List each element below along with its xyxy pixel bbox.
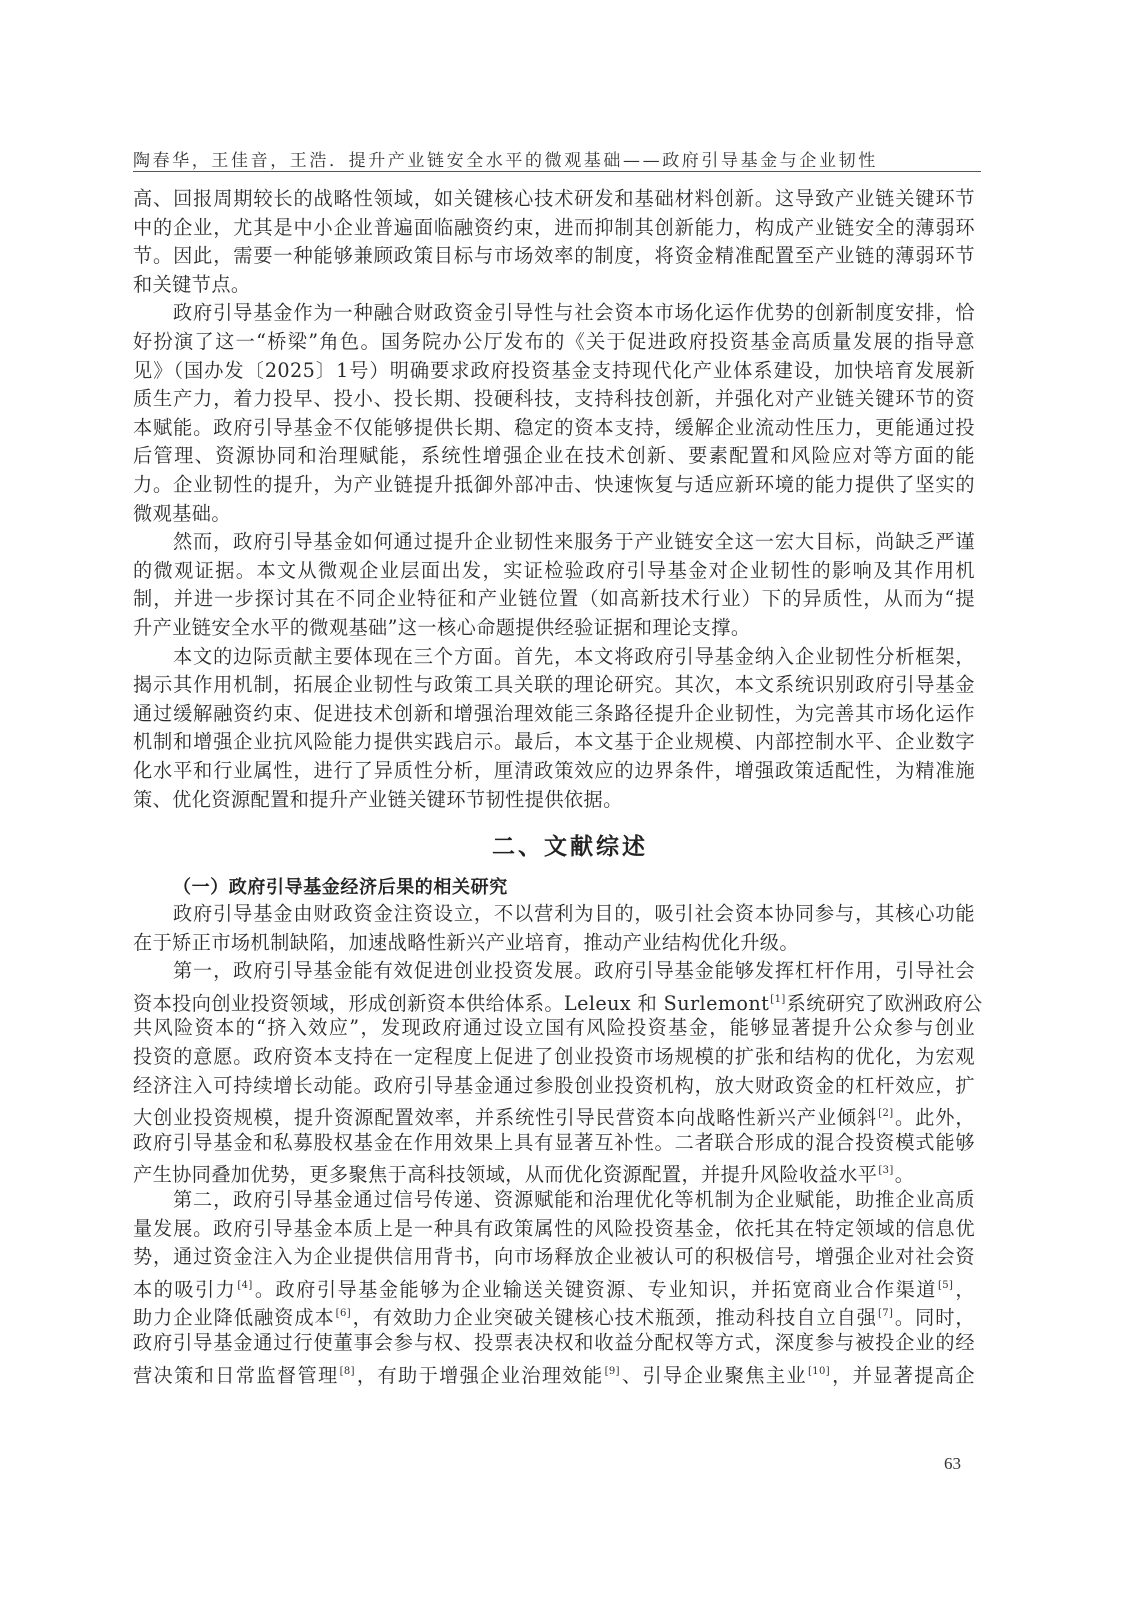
citation-marker[interactable]: [7] bbox=[878, 1308, 893, 1319]
citation-marker[interactable]: [10] bbox=[808, 1366, 830, 1377]
text-line: 营决策和日常监督管理[8]，有助于增强企业治理效能[9]、引导企业聚焦主业[10… bbox=[133, 1358, 975, 1386]
citation-marker[interactable]: [1] bbox=[770, 994, 785, 1005]
text-line: 经济注入可持续增长动能。政府引导基金通过参股创业投资机构，放大财政资金的杠杆效应… bbox=[133, 1072, 975, 1100]
citation-marker[interactable]: [8] bbox=[340, 1366, 355, 1377]
text-line: 见》（国办发〔2025〕1号）明确要求政府投资基金支持现代化产业体系建设，加快培… bbox=[133, 357, 975, 385]
text-line: 升产业链安全水平的微观基础”这一核心命题提供经验证据和理论支撑。 bbox=[133, 614, 975, 642]
text-line: 和关键节点。 bbox=[133, 271, 975, 299]
text-line: 然而，政府引导基金如何通过提升企业韧性来服务于产业链安全这一宏大目标，尚缺乏严谨 bbox=[173, 528, 975, 556]
text-line: 产生协同叠加优势，更多聚焦于高科技领域，从而优化资源配置，并提升风险收益水平[3… bbox=[133, 1157, 975, 1185]
text-line: 政府引导基金和私募股权基金在作用效果上具有显著互补性。二者联合形成的混合投资模式… bbox=[133, 1129, 975, 1157]
text-line: 化水平和行业属性，进行了异质性分析，厘清政策效应的边界条件，增强政策适配性，为精… bbox=[133, 757, 975, 785]
text-line: 高、回报周期较长的战略性领域，如关键核心技术研发和基础材料创新。这导致产业链关键… bbox=[133, 185, 975, 213]
text-line: 策、优化资源配置和提升产业链关键环节韧性提供依据。 bbox=[133, 786, 975, 814]
text-line: 政府引导基金作为一种融合财政资金引导性与社会资本市场化运作优势的创新制度安排，恰 bbox=[173, 299, 975, 327]
text-line: 本赋能。政府引导基金不仅能够提供长期、稳定的资本支持，缓解企业流动性压力，更能通… bbox=[133, 414, 975, 442]
text-line: 通过缓解融资约束、促进技术创新和增强治理效能三条路径提升企业韧性，为完善其市场化… bbox=[133, 700, 975, 728]
text-line: 中的企业，尤其是中小企业普遍面临融资约束，进而抑制其创新能力，构成产业链安全的薄… bbox=[133, 214, 975, 242]
running-head: 陶春华，王佳音，王浩．提升产业链安全水平的微观基础——政府引导基金与企业韧性 bbox=[133, 146, 981, 171]
text-line: 微观基础。 bbox=[133, 500, 975, 528]
text-line: 节。因此，需要一种能够兼顾政策目标与市场效率的制度，将资金精准配置至产业链的薄弱… bbox=[133, 242, 975, 270]
text-line: 力。企业韧性的提升，为产业链提升抵御外部冲击、快速恢复与适应新环境的能力提供了坚… bbox=[133, 471, 975, 499]
text-line: 政府引导基金通过行使董事会参与权、投票表决权和收益分配权等方式，深度参与被投企业… bbox=[133, 1329, 975, 1357]
citation-marker[interactable]: [5] bbox=[938, 1280, 953, 1291]
citation-marker[interactable]: [3] bbox=[878, 1165, 893, 1176]
text-line: 揭示其作用机制，拓展企业韧性与政策工具关联的理论研究。其次，本文系统识别政府引导… bbox=[133, 671, 975, 699]
text-line: 本的吸引力[4]。政府引导基金能够为企业输送关键资源、专业知识，并拓宽商业合作渠… bbox=[133, 1272, 975, 1300]
text-line: 资本投向创业投资领域，形成创新资本供给体系。Leleux 和 Surlemont… bbox=[133, 986, 975, 1014]
text-line: 第一，政府引导基金能有效促进创业投资发展。政府引导基金能够发挥杠杆作用，引导社会 bbox=[173, 957, 975, 985]
text-line: 质生产力，着力投早、投小、投长期、投硬科技，支持科技创新，并强化对产业链关键环节… bbox=[133, 385, 975, 413]
header-rule bbox=[133, 171, 981, 172]
text-line: 势，通过资金注入为企业提供信用背书，向市场释放企业被认可的积极信号，增强企业对社… bbox=[133, 1243, 975, 1271]
text-line: 量发展。政府引导基金本质上是一种具有政策属性的风险投资基金，依托其在特定领域的信… bbox=[133, 1215, 975, 1243]
page-number: 63 bbox=[944, 1454, 961, 1474]
text-line: 制，并进一步探讨其在不同企业特征和产业链位置（如高新技术行业）下的异质性，从而为… bbox=[133, 585, 975, 613]
text-line: 共风险资本的“挤入效应”，发现政府通过设立国有风险投资基金，能够显著提升公众参与… bbox=[133, 1014, 975, 1042]
text-line: 在于矫正市场机制缺陷，加速战略性新兴产业培育，推动产业结构优化升级。 bbox=[133, 929, 975, 957]
citation-marker[interactable]: [9] bbox=[605, 1366, 620, 1377]
citation-marker[interactable]: [4] bbox=[237, 1280, 252, 1291]
citation-marker[interactable]: [6] bbox=[336, 1308, 351, 1319]
text-line: 政府引导基金由财政资金注资设立，不以营利为目的，吸引社会资本协同参与，其核心功能 bbox=[173, 900, 975, 928]
text-line: 大创业投资规模，提升资源配置效率，并系统性引导民营资本向战略性新兴产业倾斜[2]… bbox=[133, 1100, 975, 1128]
text-line: 投资的意愿。政府资本支持在一定程度上促进了创业投资市场规模的扩张和结构的优化，为… bbox=[133, 1043, 975, 1071]
text-line: 第二，政府引导基金通过信号传递、资源赋能和治理优化等机制为企业赋能，助推企业高质 bbox=[173, 1186, 975, 1214]
text-line: 后管理、资源协同和治理赋能，系统性增强企业在技术创新、要素配置和风险应对等方面的… bbox=[133, 442, 975, 470]
text-line: 助力企业降低融资成本[6]，有效助力企业突破关键核心技术瓶颈，推动科技自立自强[… bbox=[133, 1300, 975, 1328]
text-line: 好扮演了这一“桥梁”角色。国务院办公厅发布的《关于促进政府投资基金高质量发展的指… bbox=[133, 328, 975, 356]
text-line: 机制和增强企业抗风险能力提供实践启示。最后，本文基于企业规模、内部控制水平、企业… bbox=[133, 728, 975, 756]
text-line: 的微观证据。本文从微观企业层面出发，实证检验政府引导基金对企业韧性的影响及其作用… bbox=[133, 557, 975, 585]
sub-heading: （一）政府引导基金经济后果的相关研究 bbox=[173, 873, 508, 899]
text-line: 本文的边际贡献主要体现在三个方面。首先，本文将政府引导基金纳入企业韧性分析框架， bbox=[173, 643, 975, 671]
citation-marker[interactable]: [2] bbox=[878, 1108, 893, 1119]
section-heading: 二、文献综述 bbox=[0, 828, 1140, 861]
